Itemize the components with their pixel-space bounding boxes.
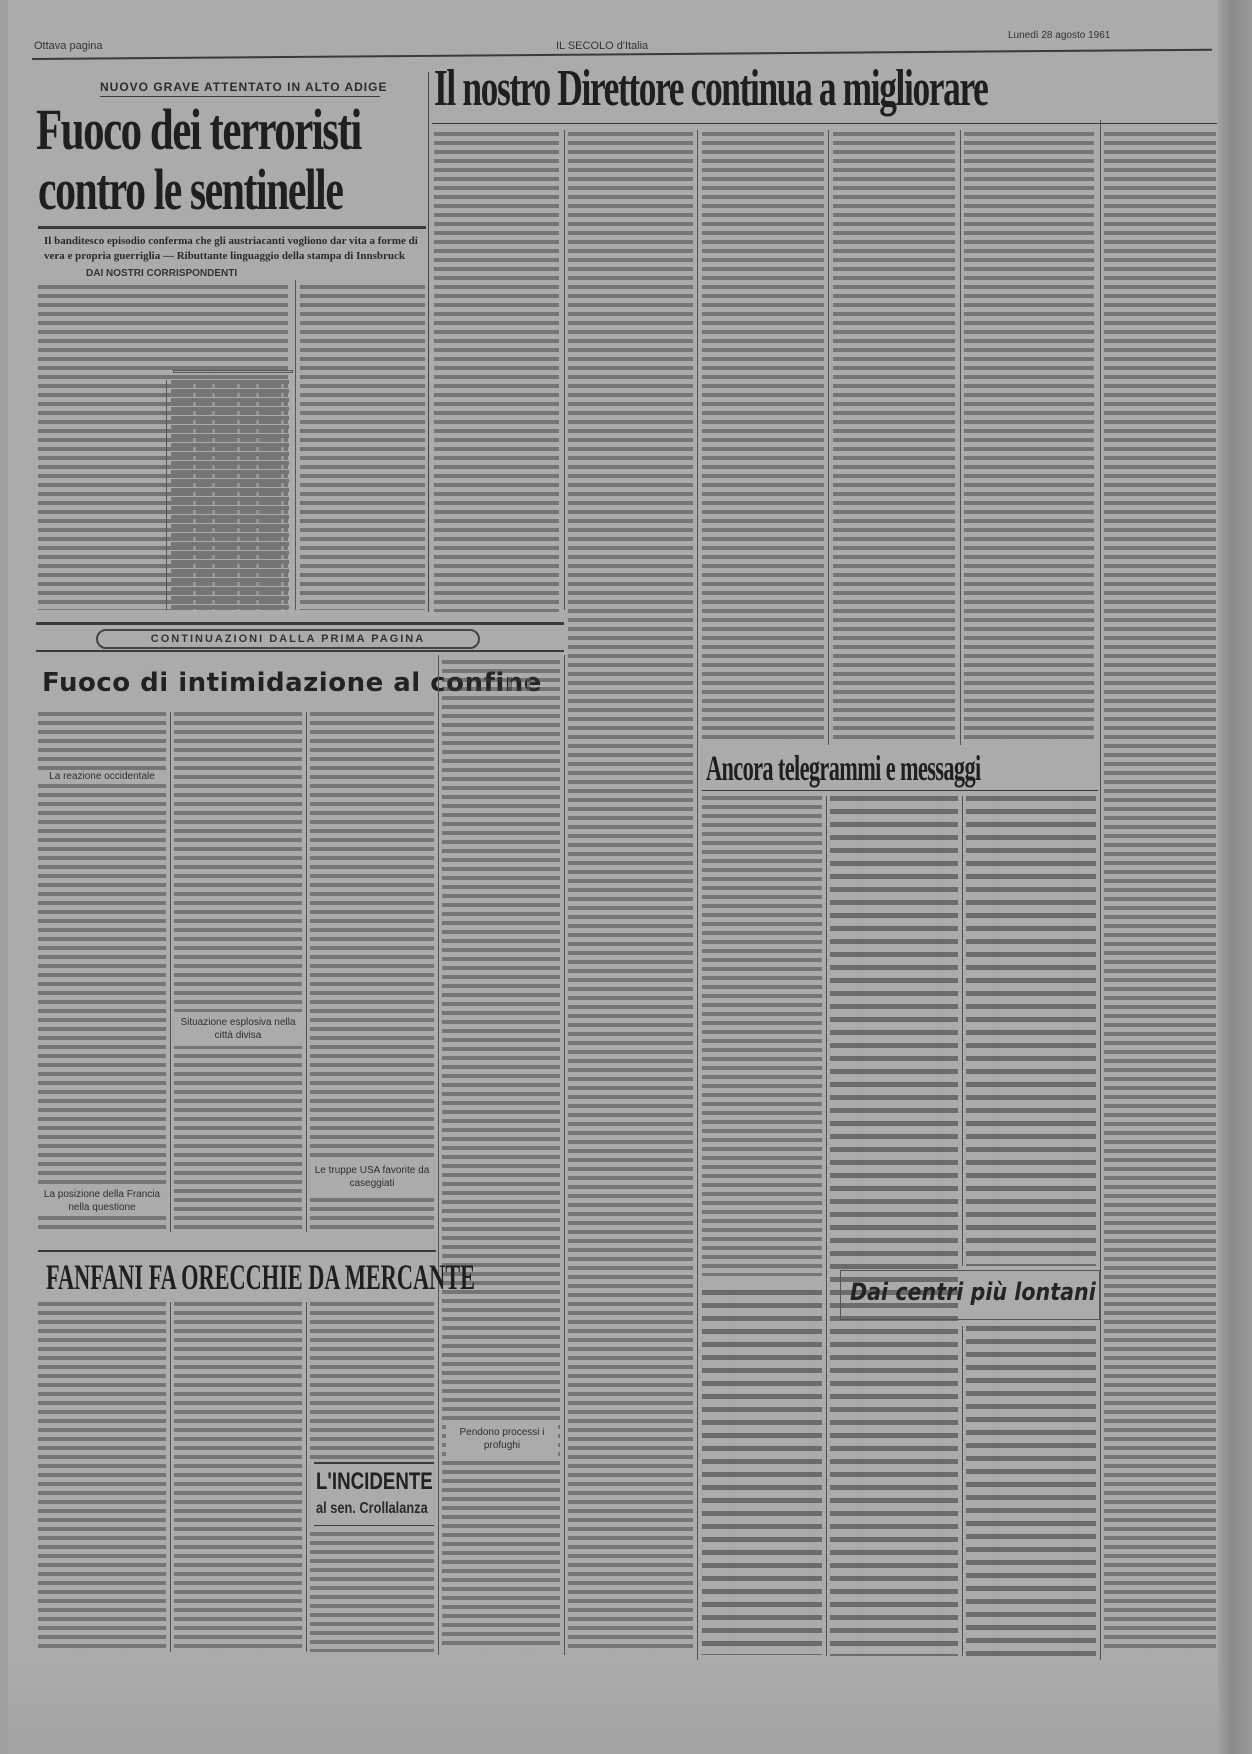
- article-body: [174, 1302, 302, 1652]
- headline-rule: [314, 1525, 434, 1526]
- terrorists-deck: Il banditesco episodio conferma che gli …: [44, 234, 426, 264]
- article-body: [310, 712, 434, 1232]
- incident-subhead: al sen. Crollalanza: [316, 1500, 428, 1518]
- article-body: [38, 1302, 166, 1652]
- article-body: [1104, 132, 1216, 1652]
- incident-headline: L'INCIDENTE: [316, 1468, 433, 1496]
- inset-rule: [173, 370, 293, 373]
- masthead: IL SECOLO d'Italia: [556, 40, 648, 52]
- column-rule: [170, 712, 171, 1232]
- subhead-us-troops: Le truppe USA favorite da caseggiati: [310, 1160, 434, 1194]
- column-rule: [306, 712, 307, 1232]
- column-rule: [960, 130, 961, 745]
- telegram-list: [702, 1290, 822, 1655]
- newspaper-page: Ottava pagina IL SECOLO d'Italia Lunedì …: [8, 0, 1220, 1754]
- telegrams-headline: Ancora telegrammi e messaggi: [706, 748, 981, 788]
- column-rule: [962, 796, 963, 1266]
- telegram-list: [830, 796, 958, 1656]
- continuations-banner: CONTINUAZIONI DALLA PRIMA PAGINA: [96, 629, 480, 649]
- subhead-divided-city: Situazione esplosiva nella città divisa: [174, 1012, 302, 1046]
- headline-rule: [314, 1462, 434, 1464]
- column-rule: [295, 280, 296, 610]
- column-rule: [828, 130, 829, 745]
- column-rule: [306, 1302, 307, 1652]
- column-rule: [428, 72, 429, 612]
- telegram-list: [966, 796, 1096, 1266]
- page-edge-shadow: [1218, 0, 1252, 1754]
- article-body: [702, 796, 822, 1276]
- column-rule: [564, 130, 565, 610]
- headline-rule: [702, 790, 1098, 791]
- headline-rule: [38, 1250, 436, 1252]
- column-rule: [826, 796, 827, 1656]
- article-body: [702, 132, 824, 742]
- subhead-france-position: La posizione della Francia nella questio…: [38, 1186, 166, 1216]
- article-body: [568, 132, 693, 1652]
- banner-rule-bottom: [36, 650, 564, 652]
- terrorists-byline: DAI NOSTRI CORRISPONDENTI: [86, 268, 237, 279]
- article-body: [300, 285, 425, 610]
- issue-date: Lunedì 28 agosto 1961: [1008, 30, 1110, 41]
- headline-rule: [38, 226, 426, 229]
- telegram-list: [966, 1326, 1096, 1656]
- terrorists-headline-2: contro le sentinelle: [38, 160, 342, 220]
- article-body: [310, 1532, 434, 1652]
- terrorists-headline-1: Fuoco dei terroristi: [36, 100, 361, 160]
- page-label: Ottava pagina: [34, 40, 103, 52]
- article-body: [38, 712, 166, 1232]
- banner-rule-top: [36, 622, 564, 625]
- article-body: [442, 660, 560, 1650]
- article-body: [434, 132, 559, 612]
- article-body: [833, 132, 955, 742]
- column-rule: [697, 130, 698, 1660]
- column-rule: [170, 1302, 171, 1652]
- subhead-western-reaction: La reazione occidentale: [38, 770, 166, 783]
- terrorists-kicker: NUOVO GRAVE ATTENTATO IN ALTO ADIGE: [100, 80, 387, 94]
- bottom-margin: [8, 1662, 1220, 1754]
- distant-headline: Dai centri più lontani: [850, 1278, 1096, 1306]
- subhead-process: Pendono processi i profughi: [446, 1422, 558, 1456]
- article-body: [964, 132, 1094, 742]
- article-body: [174, 712, 302, 1232]
- column-rule: [962, 1326, 963, 1656]
- column-rule: [564, 655, 565, 1655]
- article-body: [171, 380, 289, 610]
- column-rule: [438, 655, 439, 1655]
- column-rule: [1100, 120, 1101, 1660]
- fanfani-headline: FANFANI FA ORECCHIE DA MERCANTE: [46, 1258, 475, 1296]
- column-rule: [166, 380, 167, 610]
- article-body: [310, 1302, 434, 1462]
- director-headline: Il nostro Direttore continua a migliorar…: [434, 60, 987, 118]
